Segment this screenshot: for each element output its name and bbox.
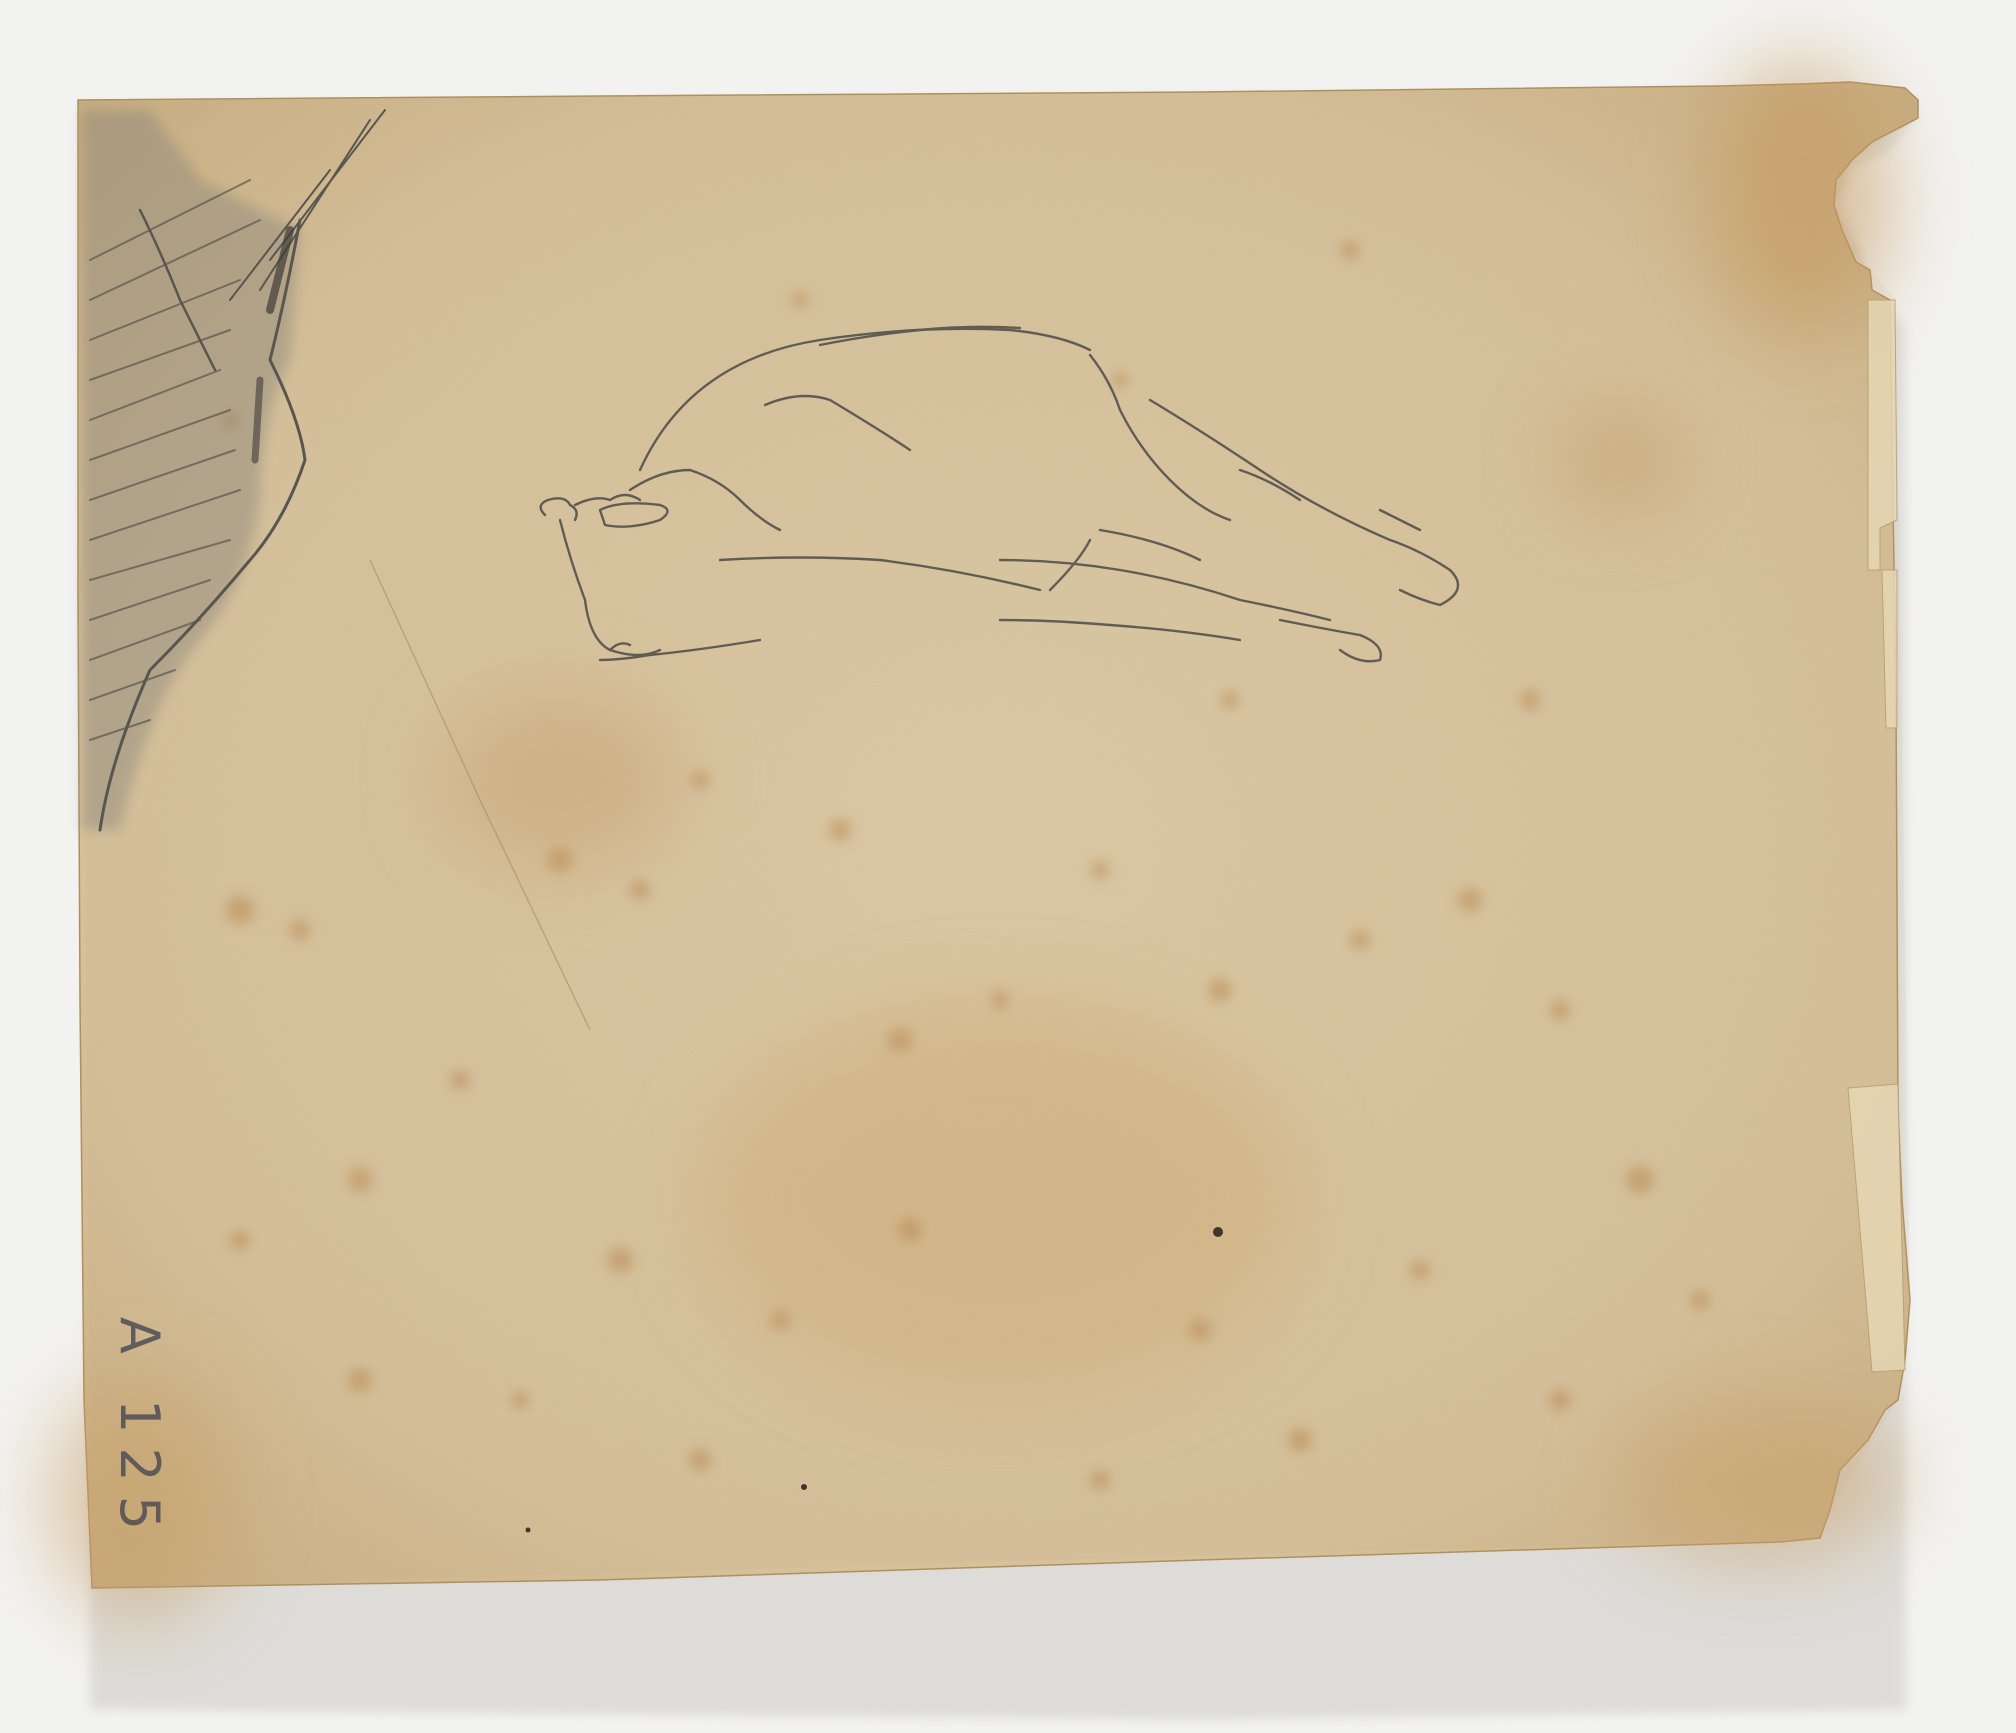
photograph: A 125 Pencil sketch of a reclining anima…: [0, 0, 2016, 1733]
paper-sheet: [0, 0, 2016, 1733]
inscription-text: A 125: [109, 1316, 172, 1543]
inscription: A 125: [110, 1300, 170, 1560]
